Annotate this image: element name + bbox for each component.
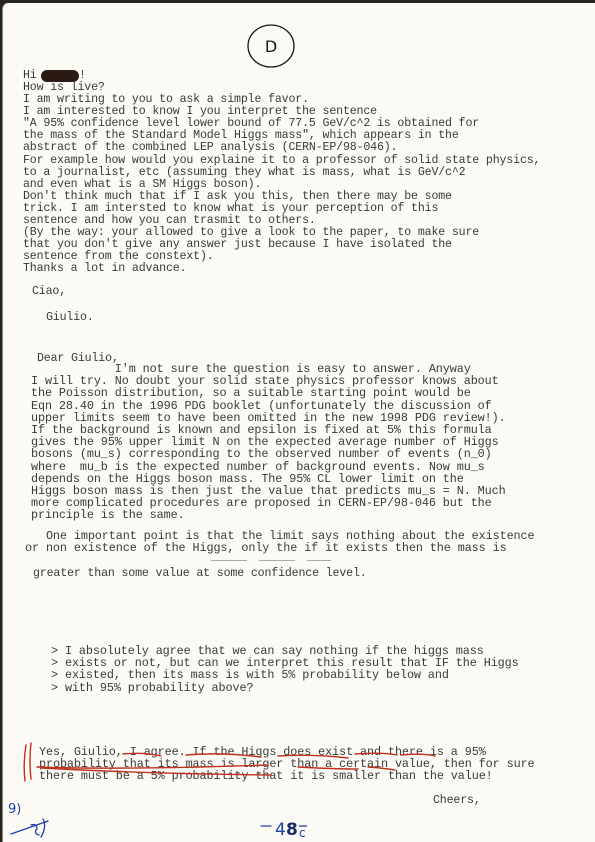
reply-line: Eqn 28.40 in the 1996 PDG booklet (unfor… <box>31 400 506 412</box>
svg-text:D: D <box>265 37 277 56</box>
reply-2-line: there must be a 5% probability that it i… <box>39 770 535 782</box>
scanned-page: D Hi ! How is live?I am writing to you t… <box>2 3 595 842</box>
faint-dashes <box>211 560 331 561</box>
quoted-line: > with 95% probability above? <box>51 682 519 694</box>
quoted-line: > existed, then its mass is with 5% prob… <box>51 669 519 681</box>
email-closing: Ciao, <box>32 286 66 298</box>
quoted-question: > I absolutely agree that we can say not… <box>51 645 519 694</box>
reply-paragraph-2-end: greater than some value at some confiden… <box>33 568 367 580</box>
email-line: For example how would you explaine it to… <box>23 155 540 167</box>
svg-text:9): 9) <box>8 802 21 817</box>
email-line: abstract of the combined LEP analysis (C… <box>23 142 540 154</box>
reply-paragraph-2: One important point is that the limit sa… <box>25 530 535 554</box>
reply-line: the Poisson distribution, so a suitable … <box>31 387 506 399</box>
reply-2-body: Yes, Giulio, I agree. If the Higgs does … <box>39 746 535 783</box>
reply-paragraph-1: I'm not sure the question is easy to ans… <box>31 363 506 522</box>
reply-line: where mu_b is the expected number of bac… <box>31 461 506 473</box>
reply-line: bosons (mu_s) corresponding to the obser… <box>31 448 506 460</box>
reply-line: or non existence of the Higgs, only the … <box>25 542 535 554</box>
email-signature: Giulio. <box>46 312 94 324</box>
svg-text:8: 8 <box>286 820 298 840</box>
svg-text:4: 4 <box>275 820 286 840</box>
reply-line: principle is the same. <box>31 509 506 521</box>
email-line: to a journalist, etc (assuming they what… <box>23 167 540 179</box>
email-body: How is live?I am writing to you to ask a… <box>23 82 540 276</box>
svg-text:c: c <box>299 826 306 840</box>
email-line: Thanks a lot in advance. <box>23 263 540 275</box>
reply-2-closing: Cheers, <box>433 795 481 807</box>
